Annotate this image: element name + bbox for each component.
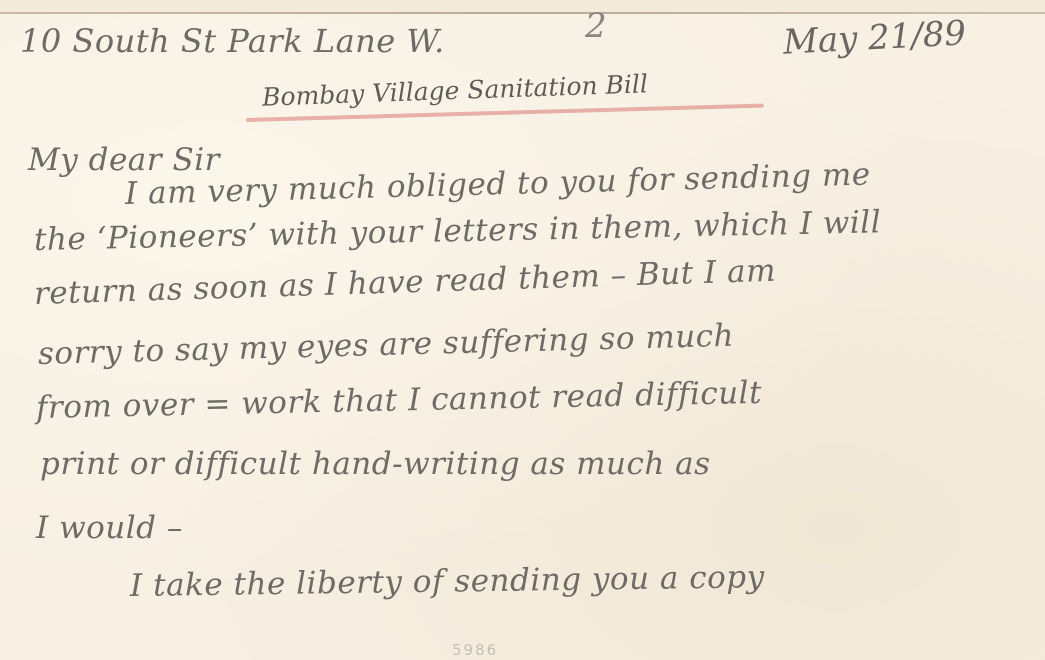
sender-address: 10 South St Park Lane W. [20,22,445,60]
body-line-2: the ‘Pioneers’ with your letters in them… [34,204,882,258]
body-line-6: print or difficult hand-writing as much … [40,446,711,482]
paper-top-edge [0,12,1045,14]
page-number: 2 [585,6,607,46]
body-line-7: I would – [36,510,183,546]
body-line-1: I am very much obliged to you for sendin… [125,156,871,212]
folio-number: 5986 [452,641,498,659]
body-line-3: return as soon as I have read them – But… [33,253,776,312]
paper-top-strip [0,0,1045,12]
letter-date: May 21/89 [782,13,967,63]
subject-line: Bombay Village Sanitation Bill [262,69,649,111]
body-line-8: I take the liberty of sending you a copy [130,559,765,604]
body-line-5: from over = work that I cannot read diff… [36,375,763,426]
letter-page: 10 South St Park Lane W. 2 May 21/89 Bom… [0,0,1045,660]
body-line-4: sorry to say my eyes are suffering so mu… [38,318,735,372]
salutation: My dear Sir [28,142,220,178]
